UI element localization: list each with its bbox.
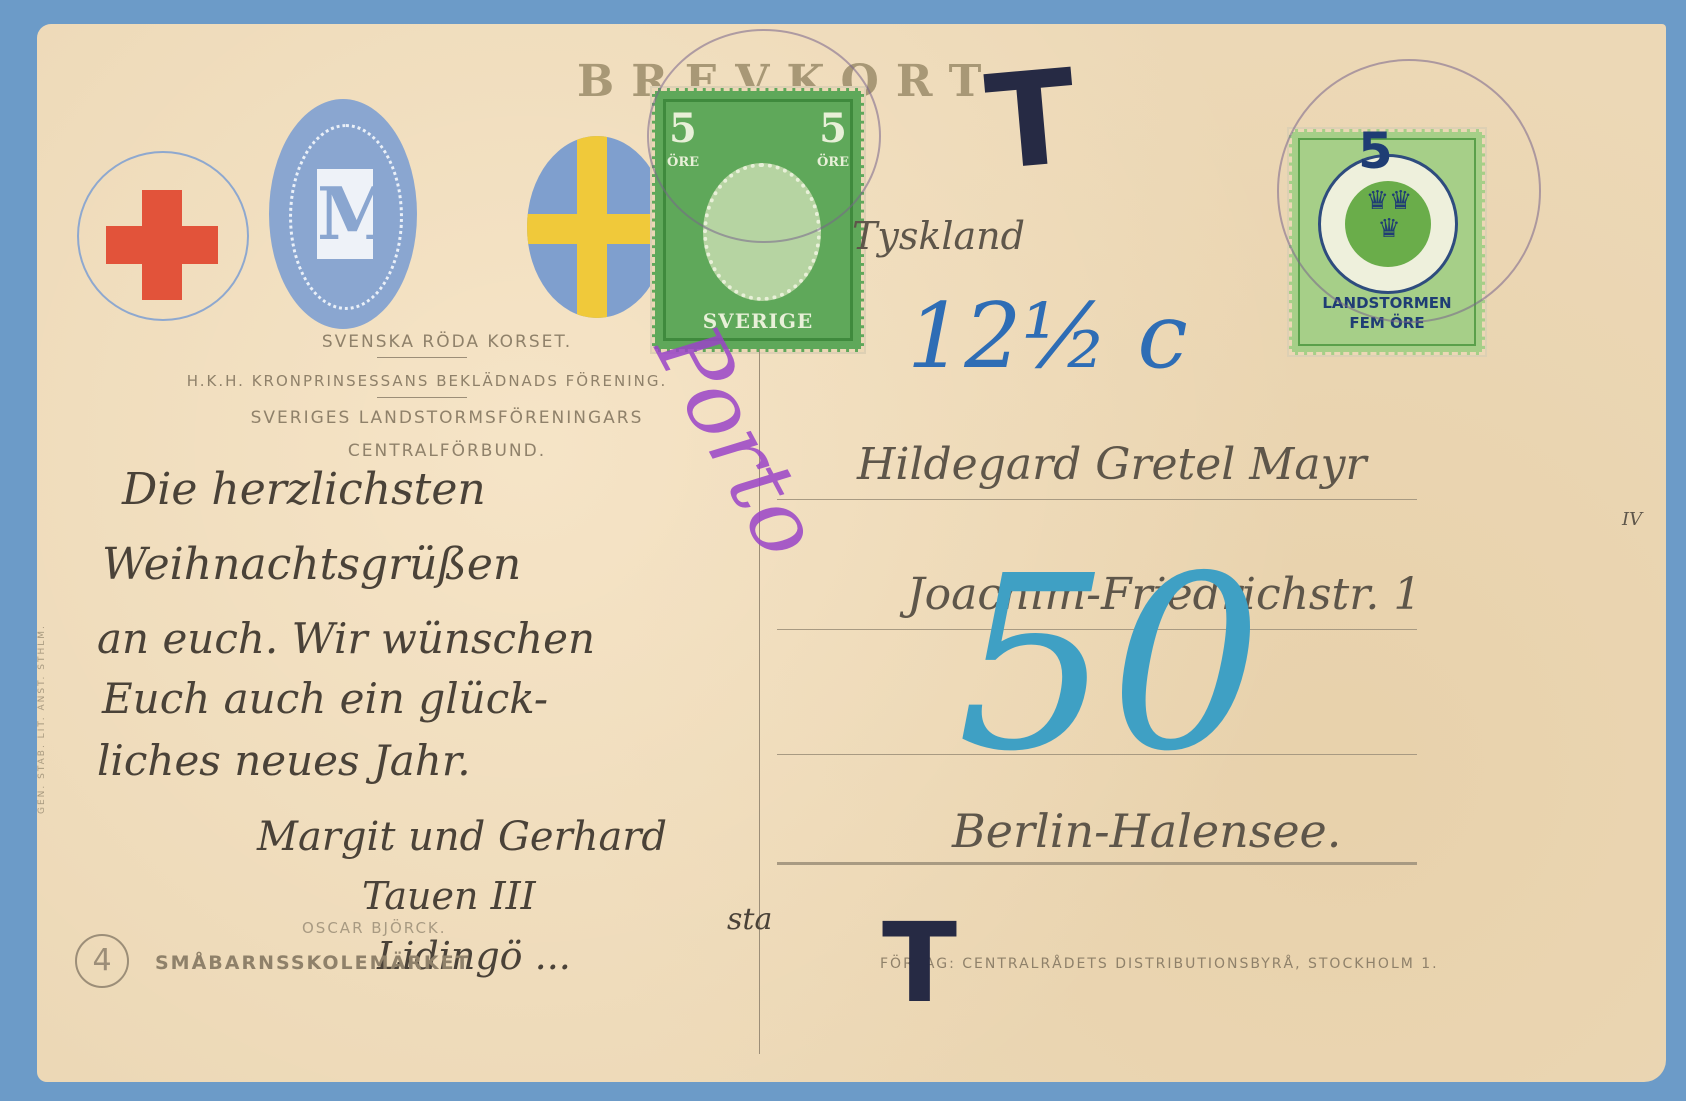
series-title: SMÅBARNSSKOLEMÄRKET xyxy=(155,952,471,974)
tax-stamp-bottom: T xyxy=(882,899,957,1027)
address-suffix: IV xyxy=(1622,509,1642,530)
message-line: an euch. Wir wünschen xyxy=(97,614,595,663)
printer-imprint: GEN. STAB. LIT. ANST. STHLM. xyxy=(37,624,47,814)
distributor: FÖRLAG: CENTRALRÅDETS DISTRIBUTIONSBYRÅ,… xyxy=(880,956,1439,972)
postcard: BREVKORT M SVENSKA RÖDA KORSET. H.K.H. K… xyxy=(37,24,1666,1082)
tax-stamp-top: T xyxy=(981,40,1083,199)
message-line: Euch auch ein glück- xyxy=(102,674,548,723)
message-signature: Margit und Gerhard xyxy=(257,814,667,860)
postmark-1 xyxy=(647,29,881,243)
divider xyxy=(377,357,467,358)
postmark-2 xyxy=(1277,59,1541,323)
seal-letter: M xyxy=(317,169,373,259)
seal-icon: M xyxy=(269,99,417,329)
message-line: Weihnachtsgrüßen xyxy=(102,539,521,590)
address-city: Berlin-Halensee. xyxy=(952,804,1341,858)
series-number: 4 xyxy=(75,934,129,988)
message-extra: sta xyxy=(727,902,772,937)
divider xyxy=(377,397,467,398)
message-line: Tauen III xyxy=(362,874,536,918)
address-country: Tyskland xyxy=(852,214,1025,258)
message-line: Die herzlichsten xyxy=(122,464,486,515)
amount-marking: 50 xyxy=(957,524,1262,804)
red-cross-icon xyxy=(77,151,249,321)
artist-name: OSCAR BJÖRCK. xyxy=(302,919,447,937)
address-name: Hildegard Gretel Mayr xyxy=(857,439,1366,490)
rate-marking: 12½ c xyxy=(907,284,1188,389)
message-line: liches neues Jahr. xyxy=(97,736,471,785)
swedish-flag-icon xyxy=(527,136,667,318)
